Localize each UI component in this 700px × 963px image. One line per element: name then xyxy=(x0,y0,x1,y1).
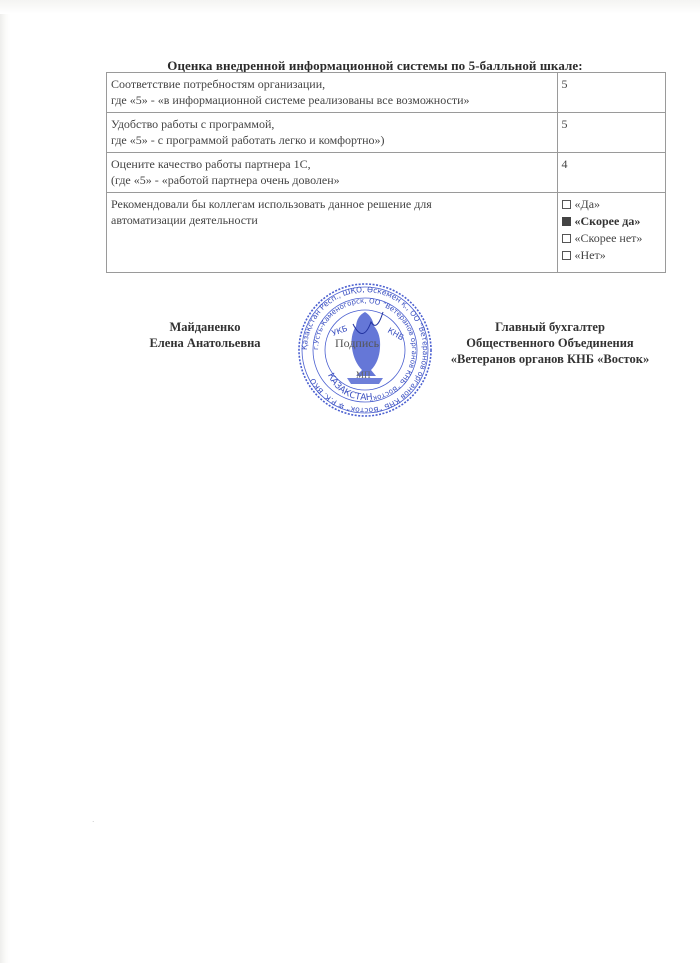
signature-label: Подпись xyxy=(335,336,379,351)
signatory-position: Главный бухгалтер Общественного Объедине… xyxy=(430,319,670,367)
score-cell: 4 xyxy=(557,153,665,193)
mp-label: МП xyxy=(356,370,371,380)
scan-speck: · xyxy=(92,818,96,822)
option-skoree-da[interactable]: «Скорее да» xyxy=(562,213,661,230)
option-skoree-net[interactable]: «Скорее нет» xyxy=(562,230,661,247)
score-cell: 5 xyxy=(557,73,665,113)
question-cell: Удобство работы с программой, где «5» - … xyxy=(107,113,558,153)
table-row: Удобство работы с программой, где «5» - … xyxy=(107,113,666,153)
checkbox-filled-icon[interactable] xyxy=(562,217,571,226)
question-hint: где «5» - «в информационной системе реал… xyxy=(111,92,553,108)
checkbox-empty-icon[interactable] xyxy=(562,234,571,243)
signatory-name: Майданенко Елена Анатольевна xyxy=(120,319,290,351)
question-cell: Соответствие потребностям организации, г… xyxy=(107,73,558,113)
option-label: «Скорее нет» xyxy=(575,230,643,247)
organization-name: «Ветеранов органов КНБ «Восток» xyxy=(430,351,670,367)
table-row: Оцените качество работы партнера 1С, (гд… xyxy=(107,153,666,193)
position-title: Главный бухгалтер xyxy=(430,319,670,335)
option-net[interactable]: «Нет» xyxy=(562,247,661,264)
organization-type: Общественного Объединения xyxy=(430,335,670,351)
question-cell: Оцените качество работы партнера 1С, (гд… xyxy=(107,153,558,193)
question-cell: Рекомендовали бы коллегам использовать д… xyxy=(107,193,558,273)
checkbox-empty-icon[interactable] xyxy=(562,200,571,209)
svg-text:КНБ: КНБ xyxy=(386,326,405,342)
option-label: «Нет» xyxy=(575,247,606,264)
question-text-cont: автоматизации деятельности xyxy=(111,212,553,228)
signatory-given-names: Елена Анатольевна xyxy=(120,335,290,351)
scan-top-shadow xyxy=(0,0,700,14)
question-text: Удобство работы с программой, xyxy=(111,116,553,132)
question-hint: где «5» - с программой работать легко и … xyxy=(111,132,553,148)
question-text: Оцените качество работы партнера 1С, xyxy=(111,156,553,172)
checkbox-empty-icon[interactable] xyxy=(562,251,571,260)
question-text: Рекомендовали бы коллегам использовать д… xyxy=(111,196,553,212)
question-text: Соответствие потребностям организации, xyxy=(111,76,553,92)
option-label: «Да» xyxy=(575,196,601,213)
signatory-surname: Майданенко xyxy=(120,319,290,335)
option-da[interactable]: «Да» xyxy=(562,196,661,213)
question-hint: (где «5» - «работой партнера очень довол… xyxy=(111,172,553,188)
score-cell: 5 xyxy=(557,113,665,153)
table-row: Рекомендовали бы коллегам использовать д… xyxy=(107,193,666,273)
scan-edge-shadow xyxy=(0,0,10,963)
options-cell: «Да» «Скорее да» «Скорее нет» «Нет» xyxy=(557,193,665,273)
table-row: Соответствие потребностям организации, г… xyxy=(107,73,666,113)
option-label: «Скорее да» xyxy=(575,213,641,230)
evaluation-table: Соответствие потребностям организации, г… xyxy=(106,72,666,273)
